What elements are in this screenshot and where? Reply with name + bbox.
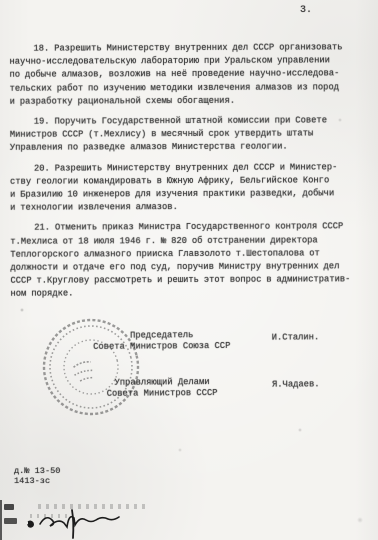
case-reference: д.№ 13-50 — [14, 466, 60, 476]
page-number: 3. — [300, 5, 312, 16]
ink-mark — [4, 504, 14, 510]
scanned-document-page: 3. 18. Разрешить Министерству внутренних… — [0, 0, 378, 540]
paragraph-19: 19. Поручить Государственной штатной ком… — [10, 114, 370, 155]
footer-references: д.№ 13-50 1413-зс — [14, 466, 60, 486]
chairman-title-line2: Совета Министров Союза ССР — [78, 341, 246, 353]
paragraph-18: 18. Разрешить Министерству внутренних де… — [9, 41, 369, 109]
ink-mark — [4, 518, 17, 524]
chairman-title: Председатель Совета Министров Союза ССР — [78, 330, 246, 353]
signature-row-manager: Управляющий Делами Совета Министров СССР… — [78, 376, 368, 400]
manager-title: Управляющий Делами Совета Министров СССР — [78, 377, 246, 400]
bottom-artifacts — [0, 498, 180, 540]
copy-reference: 1413-зс — [14, 476, 60, 486]
manager-title-line2: Совета Министров СССР — [78, 388, 246, 400]
signature-row-chairman: Председатель Совета Министров Союза ССР … — [78, 329, 368, 353]
scan-edge-artifact — [0, 500, 2, 540]
handwritten-signature — [26, 506, 136, 540]
manager-name: Я.Чадаев. — [272, 376, 320, 390]
paragraph-20: 20. Разрешить Министерству внутренних де… — [10, 161, 370, 215]
signature-block: Председатель Совета Министров Союза ССР … — [78, 329, 369, 425]
chairman-name: И.Сталин. — [272, 329, 320, 343]
document-body: 18. Разрешить Министерству внутренних де… — [9, 41, 370, 308]
paragraph-21: 21. Отменить приказ Министра Государстве… — [10, 221, 370, 302]
